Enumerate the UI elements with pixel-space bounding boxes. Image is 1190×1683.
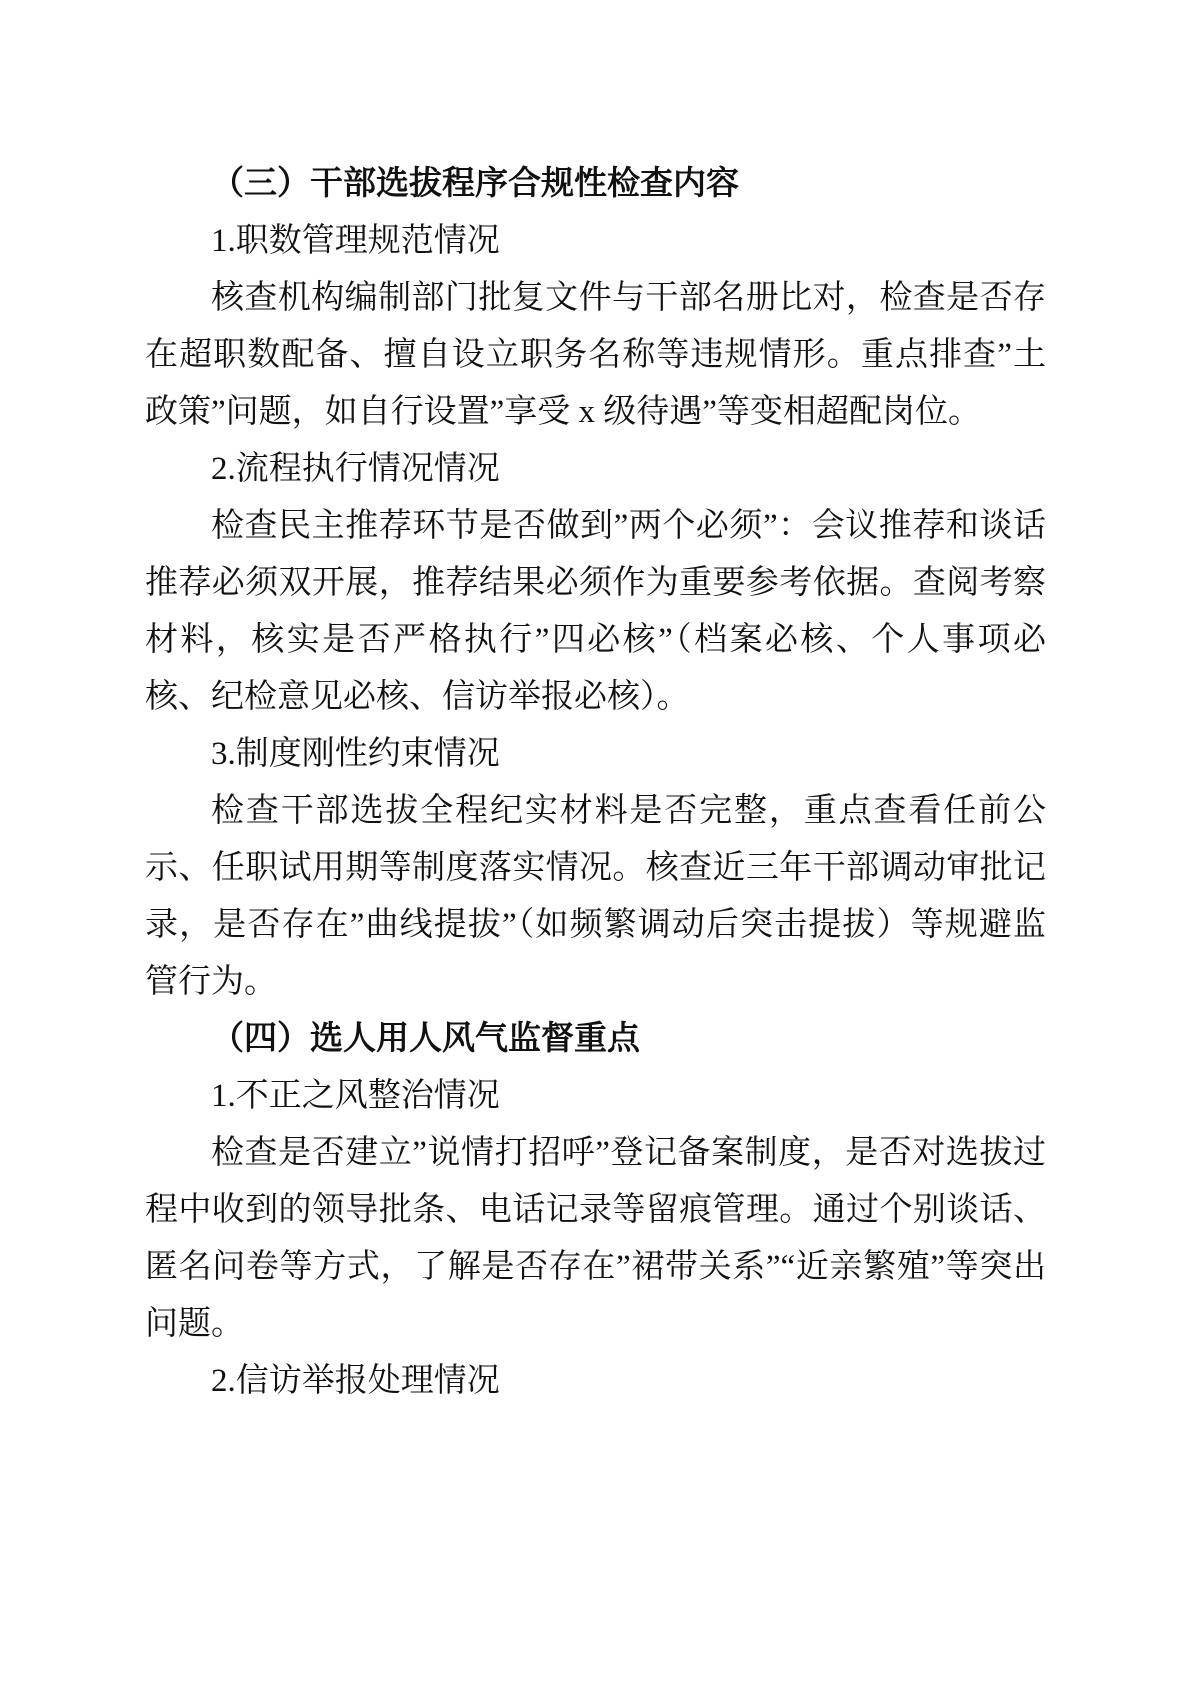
- numbered-subheading: 2.流程执行情况情况: [145, 441, 1046, 498]
- document-body: （三）干部选拔程序合规性检查内容1.职数管理规范情况核查机构编制部门批复文件与干…: [145, 156, 1046, 1410]
- body-paragraph: 检查是否建立”说情打招呼”登记备案制度，是否对选拔过程中收到的领导批条、电话记录…: [145, 1125, 1046, 1353]
- body-paragraph: 检查干部选拔全程纪实材料是否完整，重点查看任前公示、任职试用期等制度落实情况。核…: [145, 783, 1046, 1011]
- body-paragraph: 检查民主推荐环节是否做到”两个必须”：会议推荐和谈话推荐必须双开展，推荐结果必须…: [145, 498, 1046, 726]
- numbered-subheading: 3.制度刚性约束情况: [145, 726, 1046, 783]
- body-paragraph: 核查机构编制部门批复文件与干部名册比对，检查是否存在超职数配备、擅自设立职务名称…: [145, 270, 1046, 441]
- section-heading: （四）选人用人风气监督重点: [145, 1011, 1046, 1068]
- numbered-subheading: 1.不正之风整治情况: [145, 1068, 1046, 1125]
- section-heading: （三）干部选拔程序合规性检查内容: [145, 156, 1046, 213]
- numbered-subheading: 2.信访举报处理情况: [145, 1353, 1046, 1410]
- document-page: （三）干部选拔程序合规性检查内容1.职数管理规范情况核查机构编制部门批复文件与干…: [0, 0, 1190, 1683]
- numbered-subheading: 1.职数管理规范情况: [145, 213, 1046, 270]
